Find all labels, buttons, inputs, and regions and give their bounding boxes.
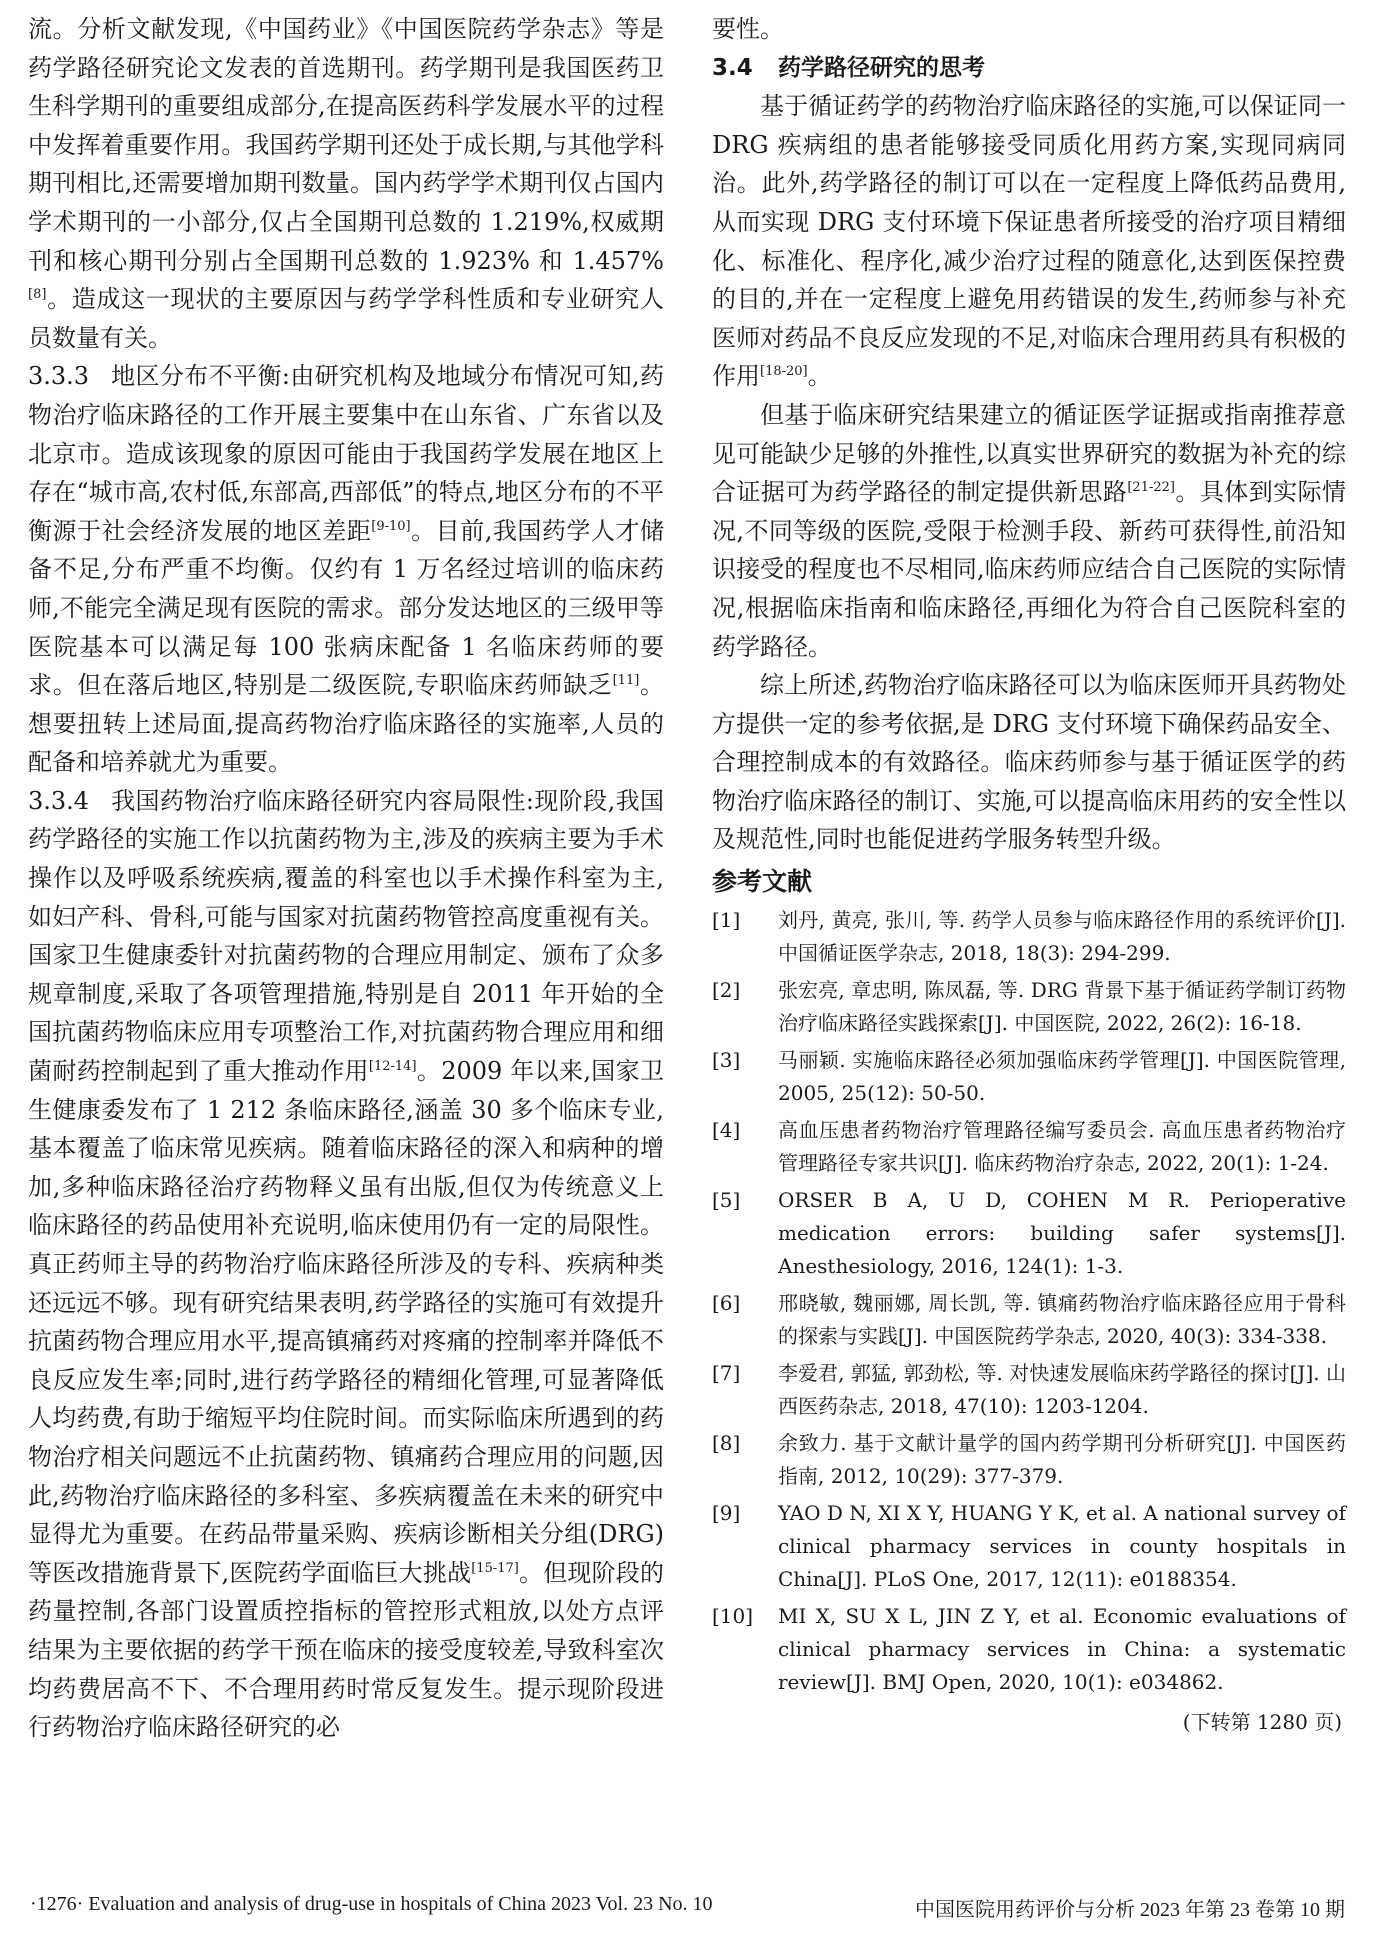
reference-item: [10]MI X, SU X L, JIN Z Y, et al. Econom…	[712, 1600, 1346, 1699]
paragraph-evidence-based: 基于循证药学的药物治疗临床路径的实施,可以保证同一 DRG 疾病组的患者能够接受…	[712, 87, 1346, 396]
citation[interactable]: [9-10]	[371, 519, 410, 534]
citation[interactable]: [8]	[28, 287, 46, 302]
reference-index: [2]	[712, 974, 778, 1040]
paragraph-text: 流。分析文献发现,《中国药业》《中国医院药学杂志》等是药学路径研究论文发表的首选…	[28, 15, 664, 275]
right-column: 要性。 3.4药学路径研究的思考 基于循证药学的药物治疗临床路径的实施,可以保证…	[712, 10, 1346, 1741]
reference-text: ORSER B A, U D, COHEN M R. Perioperative…	[778, 1184, 1346, 1283]
reference-text: MI X, SU X L, JIN Z Y, et al. Economic e…	[778, 1600, 1346, 1699]
reference-text: 李爱君, 郭猛, 郭劲松, 等. 对快速发展临床药学路径的探讨[J]. 山西医药…	[778, 1357, 1346, 1423]
citation[interactable]: [12-14]	[369, 1059, 417, 1074]
reference-item: [8]余致力. 基于文献计量学的国内药学期刊分析研究[J]. 中国医药指南, 2…	[712, 1427, 1346, 1493]
section-title: 药学路径研究的思考	[778, 55, 985, 81]
left-column: 流。分析文献发现,《中国药业》《中国医院药学杂志》等是药学路径研究论文发表的首选…	[28, 10, 664, 1747]
reference-index: [5]	[712, 1184, 778, 1283]
continued-on-page-note: (下转第 1280 页)	[712, 1703, 1346, 1742]
reference-text: 余致力. 基于文献计量学的国内药学期刊分析研究[J]. 中国医药指南, 2012…	[778, 1427, 1346, 1493]
citation[interactable]: [15-17]	[471, 1561, 519, 1576]
section-number: 3.4	[712, 55, 753, 81]
citation[interactable]: [21-22]	[1127, 480, 1175, 495]
reference-text: YAO D N, XI X Y, HUANG Y K, et al. A nat…	[778, 1497, 1346, 1596]
reference-index: [10]	[712, 1600, 778, 1699]
references-heading: 参考文献	[712, 863, 1346, 902]
section-3-3-3: 3.3.3地区分布不平衡:由研究机构及地域分布情况可知,药物治疗临床路径的工作开…	[28, 357, 664, 782]
paragraph-text: 。2009 年以来,国家卫生健康委发布了 1 212 条临床路径,涵盖 30 多…	[28, 1057, 664, 1587]
citation[interactable]: [11]	[613, 673, 640, 688]
reference-index: [6]	[712, 1287, 778, 1353]
section-number: 3.3.4	[28, 787, 89, 815]
paragraph-real-world: 但基于临床研究结果建立的循证医学证据或指南推荐意见可能缺少足够的外推性,以真实世…	[712, 396, 1346, 666]
reference-text: 张宏亮, 章忠明, 陈凤磊, 等. DRG 背景下基于循证药学制订药物治疗临床路…	[778, 974, 1346, 1040]
paragraph-text: 。造成这一现状的主要原因与药学学科性质和专业研究人员数量有关。	[28, 285, 664, 352]
reference-index: [3]	[712, 1044, 778, 1110]
reference-item: [6]邢晓敏, 魏丽娜, 周长凯, 等. 镇痛药物治疗临床路径应用于骨科的探索与…	[712, 1287, 1346, 1353]
citation[interactable]: [18-20]	[760, 364, 808, 379]
reference-item: [2]张宏亮, 章忠明, 陈凤磊, 等. DRG 背景下基于循证药学制订药物治疗…	[712, 974, 1346, 1040]
reference-index: [1]	[712, 904, 778, 970]
reference-text: 马丽颖. 实施临床路径必须加强临床药学管理[J]. 中国医院管理, 2005, …	[778, 1044, 1346, 1110]
section-heading-3-4: 3.4药学路径研究的思考	[712, 49, 1346, 88]
reference-index: [8]	[712, 1427, 778, 1493]
reference-item: [1]刘丹, 黄亮, 张川, 等. 药学人员参与临床路径作用的系统评价[J]. …	[712, 904, 1346, 970]
page-footer: ·1276· Evaluation and analysis of drug-u…	[30, 1893, 1345, 1922]
reference-item: [5]ORSER B A, U D, COHEN M R. Perioperat…	[712, 1184, 1346, 1283]
paragraph-conclusion: 综上所述,药物治疗临床路径可以为临床医师开具药物处方提供一定的参考依据,是 DR…	[712, 666, 1346, 859]
reference-item: [3]马丽颖. 实施临床路径必须加强临床药学管理[J]. 中国医院管理, 200…	[712, 1044, 1346, 1110]
reference-item: [9]YAO D N, XI X Y, HUANG Y K, et al. A …	[712, 1497, 1346, 1596]
footer-journal-english: ·1276· Evaluation and analysis of drug-u…	[30, 1893, 713, 1922]
reference-index: [4]	[712, 1114, 778, 1180]
reference-item: [7]李爱君, 郭猛, 郭劲松, 等. 对快速发展临床药学路径的探讨[J]. 山…	[712, 1357, 1346, 1423]
footer-journal-chinese: 中国医院用药评价与分析 2023 年第 23 卷第 10 期	[915, 1893, 1345, 1922]
section-3-3-4: 3.3.4我国药物治疗临床路径研究内容局限性:现阶段,我国药学路径的实施工作以抗…	[28, 782, 664, 1747]
paragraph-text: 。	[808, 362, 832, 390]
reference-index: [9]	[712, 1497, 778, 1596]
reference-item: [4]高血压患者药物治疗管理路径编写委员会. 高血压患者药物治疗管理路径专家共识…	[712, 1114, 1346, 1180]
reference-list: [1]刘丹, 黄亮, 张川, 等. 药学人员参与临床路径作用的系统评价[J]. …	[712, 904, 1346, 1699]
reference-text: 高血压患者药物治疗管理路径编写委员会. 高血压患者药物治疗管理路径专家共识[J]…	[778, 1114, 1346, 1180]
reference-index: [7]	[712, 1357, 778, 1423]
paragraph-continuation: 要性。	[712, 10, 1346, 49]
reference-text: 邢晓敏, 魏丽娜, 周长凯, 等. 镇痛药物治疗临床路径应用于骨科的探索与实践[…	[778, 1287, 1346, 1353]
paragraph-text: 我国药物治疗临床路径研究内容局限性:现阶段,我国药学路径的实施工作以抗菌药物为主…	[28, 787, 664, 1085]
paragraph-journals: 流。分析文献发现,《中国药业》《中国医院药学杂志》等是药学路径研究论文发表的首选…	[28, 10, 664, 357]
reference-text: 刘丹, 黄亮, 张川, 等. 药学人员参与临床路径作用的系统评价[J]. 中国循…	[778, 904, 1346, 970]
paragraph-text: 基于循证药学的药物治疗临床路径的实施,可以保证同一 DRG 疾病组的患者能够接受…	[712, 92, 1346, 390]
section-number: 3.3.3	[28, 362, 89, 390]
